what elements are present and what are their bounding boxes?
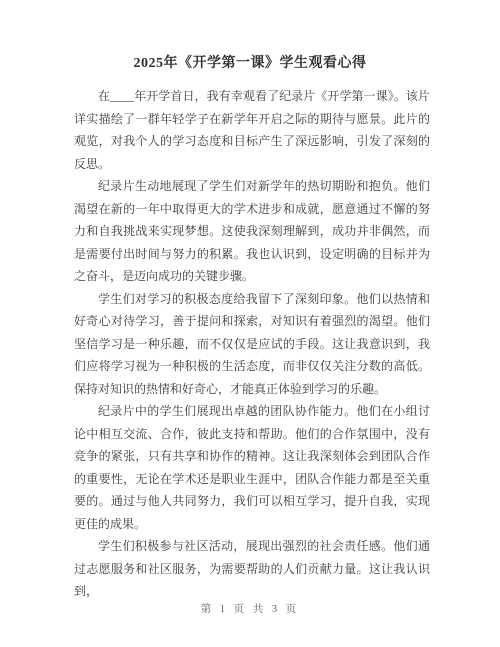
document-title: 2025年《开学第一课》学生观看心得 <box>0 0 500 72</box>
paragraph-learning-attitude: 学生们对学习的积极态度给我留下了深刻印象。他们以热情和好奇心对待学习，善于提问和… <box>74 288 430 401</box>
paragraph-aspirations: 纪录片生动地展现了学生们对新学年的热切期盼和抱负。他们渴望在新的一年中取得更大的… <box>74 175 430 288</box>
page-footer: 第 1 页 共 3 页 <box>0 601 500 616</box>
paragraph-teamwork: 纪录片中的学生们展现出卓越的团队协作能力。他们在小组讨论中相互交流、合作，彼此支… <box>74 400 430 535</box>
paragraph-community: 学生们积极参与社区活动，展现出强烈的社会责任感。他们通过志愿服务和社区服务，为需… <box>74 535 430 603</box>
page-number-indicator: 第 1 页 共 3 页 <box>201 604 300 615</box>
document-page: 2025年《开学第一课》学生观看心得 在____年开学首日，我有幸观看了纪录片《… <box>0 0 500 647</box>
paragraph-intro: 在____年开学首日，我有幸观看了纪录片《开学第一课》。该片详实描绘了一群年轻学… <box>74 85 430 175</box>
document-body: 在____年开学首日，我有幸观看了纪录片《开学第一课》。该片详实描绘了一群年轻学… <box>0 72 500 603</box>
